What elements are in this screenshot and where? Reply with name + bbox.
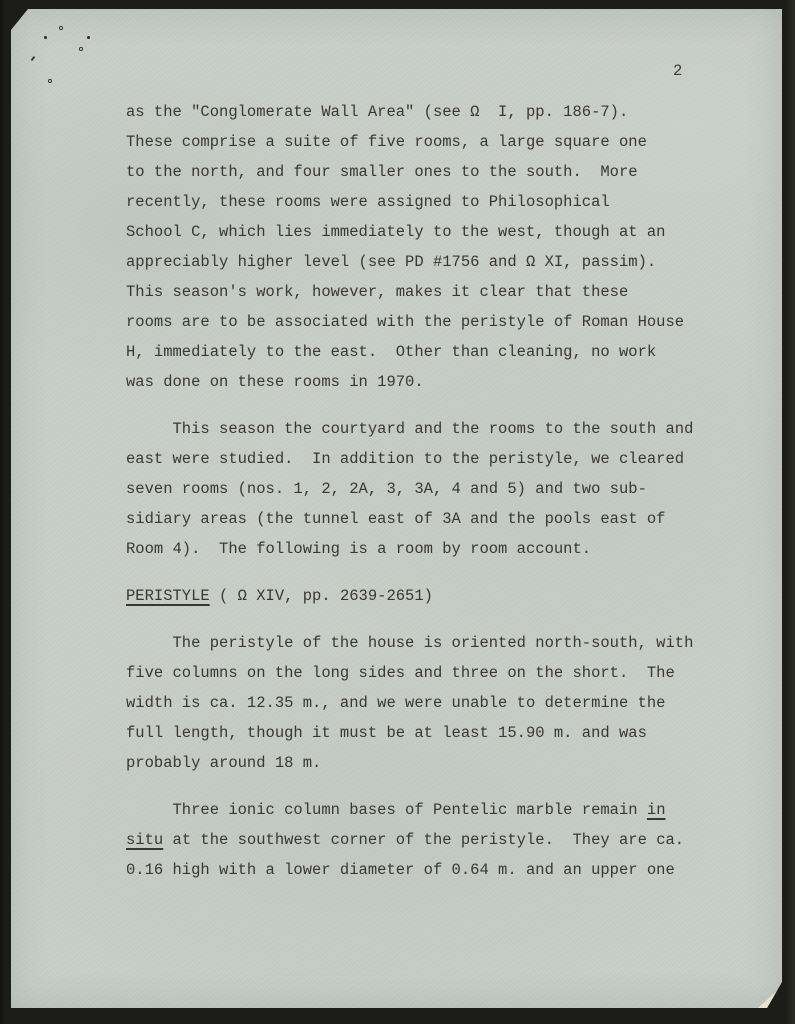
text-line: seven rooms (nos. 1, 2, 2A, 3, 3A, 4 and… [126,474,726,504]
text-line: This season the courtyard and the rooms … [126,414,726,444]
folded-corner [753,979,789,1011]
text-line: recently, these rooms were assigned to P… [126,187,726,217]
punch-mark [48,79,52,83]
page-number: 2 [673,62,682,80]
text-line: five columns on the long sides and three… [126,658,726,688]
text-line: was done on these rooms in 1970. [126,367,726,397]
underlined-in: in [647,801,666,819]
heading-line: PERISTYLE ( Ω XIV, pp. 2639-2651) [126,581,726,611]
paragraph-conglomerate-wall: as the "Conglomerate Wall Area" (see Ω I… [126,97,726,397]
punch-mark [44,36,47,39]
text-line: probably around 18 m. [126,748,726,778]
text-line: width is ca. 12.35 m., and we were unabl… [126,688,726,718]
punch-mark [79,47,83,51]
text-line: Three ionic column bases of Pentelic mar… [126,795,726,825]
typewritten-text: as the "Conglomerate Wall Area" (see Ω I… [126,97,726,885]
text-line: east were studied. In addition to the pe… [126,444,726,474]
underlined-situ: situ [126,831,163,849]
scan-background: 2 as the "Conglomerate Wall Area" (see Ω… [0,0,795,1024]
text-line: The peristyle of the house is oriented n… [126,628,726,658]
line-text: Three ionic column bases of Pentelic mar… [126,801,647,819]
text-line: School C, which lies immediately to the … [126,217,726,247]
text-line: situ at the southwest corner of the peri… [126,825,726,855]
punch-mark [87,36,90,39]
text-line: H, immediately to the east. Other than c… [126,337,726,367]
heading-reference-text: ( Ω XIV, pp. 2639-2651) [210,587,433,605]
text-line: These comprise a suite of five rooms, a … [126,127,726,157]
document-page: 2 as the "Conglomerate Wall Area" (see Ω… [11,9,782,1008]
text-line: full length, though it must be at least … [126,718,726,748]
text-line: to the north, and four smaller ones to t… [126,157,726,187]
heading-underlined-text: PERISTYLE [126,587,210,605]
text-line: sidiary areas (the tunnel east of 3A and… [126,504,726,534]
text-line: 0.16 high with a lower diameter of 0.64 … [126,855,726,885]
text-line: appreciably higher level (see PD #1756 a… [126,247,726,277]
text-line: rooms are to be associated with the peri… [126,307,726,337]
ink-mark [31,56,36,61]
punch-mark [59,26,63,30]
paragraph-peristyle-dimensions: The peristyle of the house is oriented n… [126,628,726,778]
text-line: Room 4). The following is a room by room… [126,534,726,564]
text-line: This season's work, however, makes it cl… [126,277,726,307]
text-line: as the "Conglomerate Wall Area" (see Ω I… [126,97,726,127]
section-heading-peristyle: PERISTYLE ( Ω XIV, pp. 2639-2651) [126,581,726,611]
paragraph-season-overview: This season the courtyard and the rooms … [126,414,726,564]
line-text: at the southwest corner of the peristyle… [163,831,684,849]
paragraph-column-bases: Three ionic column bases of Pentelic mar… [126,795,726,885]
